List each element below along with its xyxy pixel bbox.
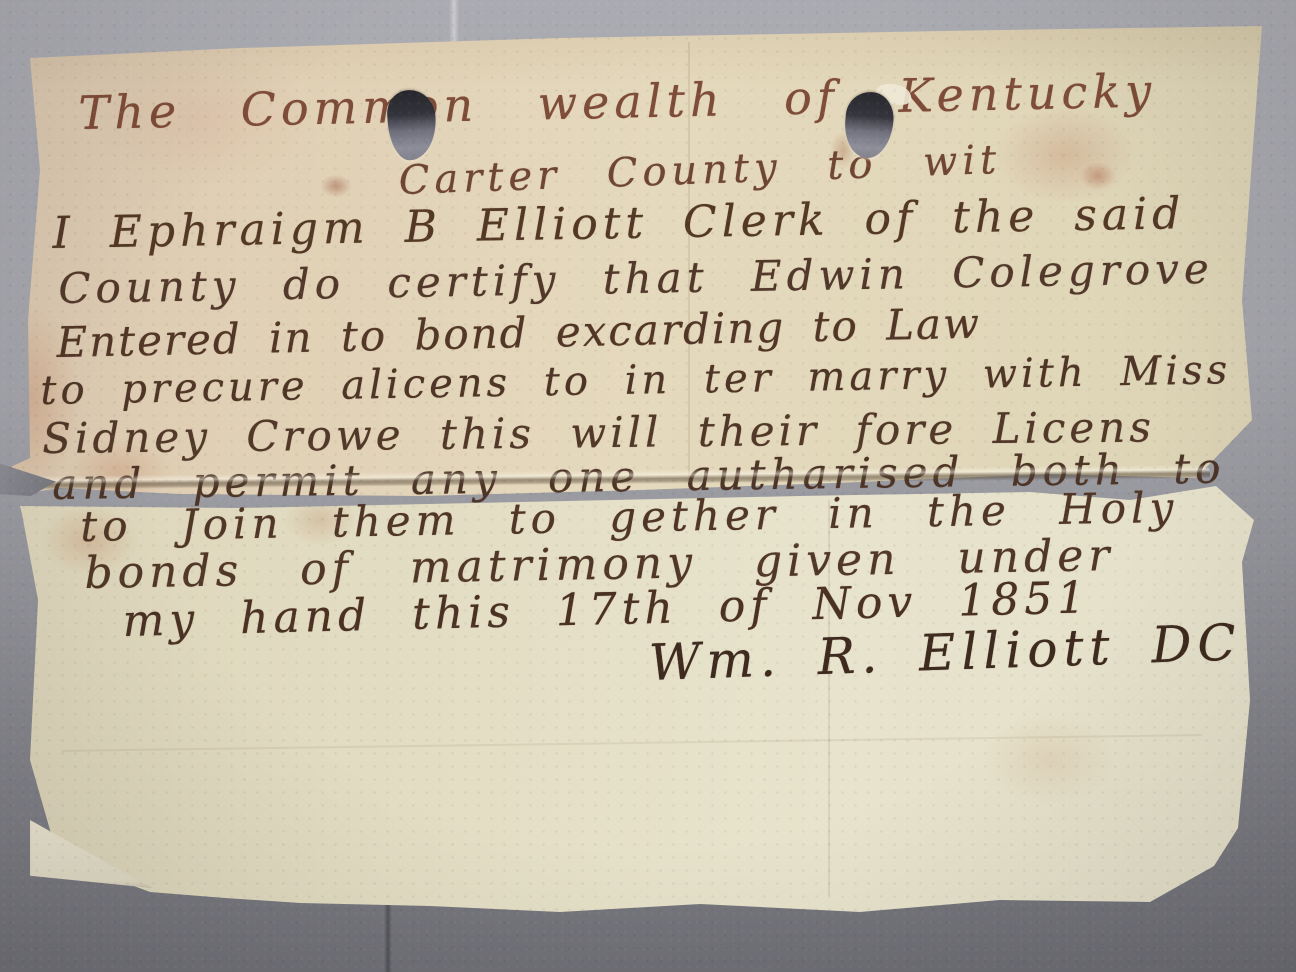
background-seam-top — [449, 0, 459, 44]
document-photo: The Common wealth of Kentucky Carter Cou… — [0, 0, 1296, 972]
